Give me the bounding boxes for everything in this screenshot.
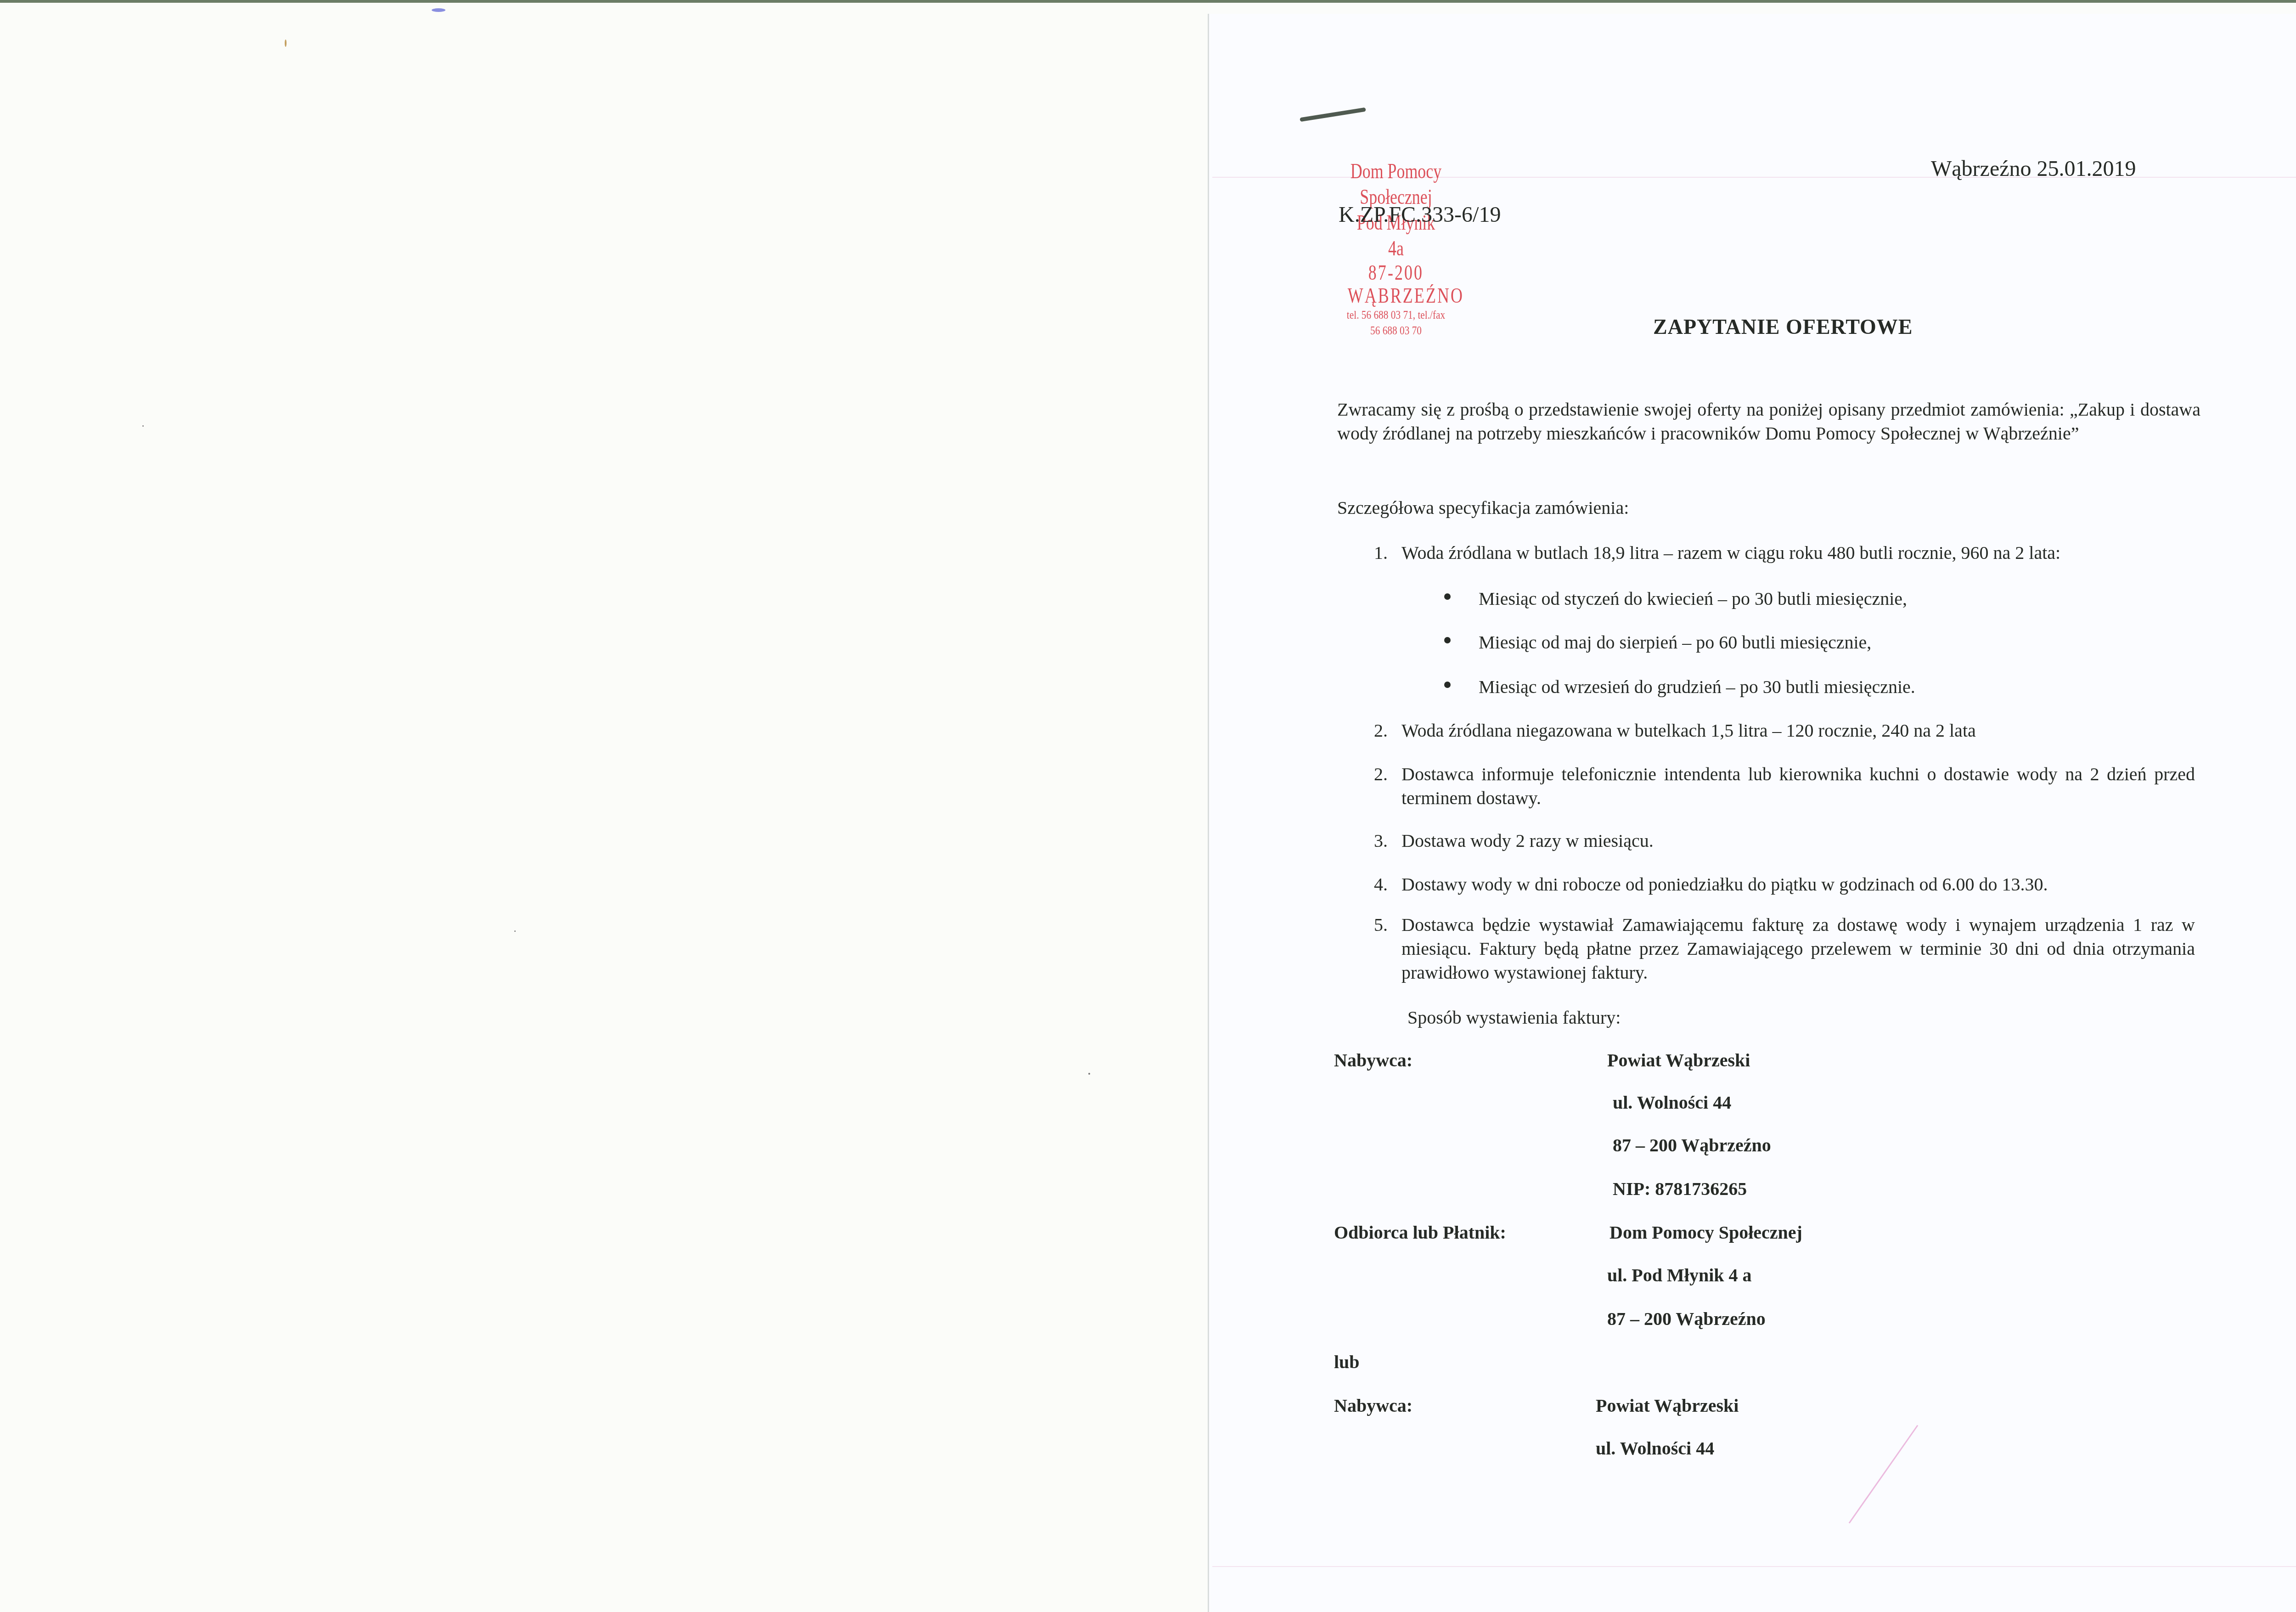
bullet-icon [1444, 637, 1451, 643]
ink-speck [285, 39, 287, 47]
item-number: 5. [1374, 913, 1388, 937]
intro-paragraph: Zwracamy się z prośbą o przedstawienie s… [1337, 398, 2200, 445]
buyer-city: 87 – 200 Wąbrzeźno [1613, 1134, 1771, 1156]
item-text: Dostawy wody w dni robocze od poniedział… [1401, 873, 2195, 896]
item-number: 2. [1374, 762, 1388, 786]
ink-speck [514, 930, 516, 932]
item-text: Dostawca informuje telefonicznie intende… [1401, 762, 2195, 810]
bullet-icon [1444, 682, 1451, 688]
bullet-icon [1444, 593, 1451, 600]
item-text: Woda źródlana w butlach 18,9 litra – raz… [1401, 541, 2195, 565]
recipient-name: Dom Pomocy Społecznej [1609, 1222, 1802, 1243]
buyer2-street: ul. Wolności 44 [1596, 1437, 1714, 1459]
reference-number: K.ZP.FC.333-6/19 [1339, 202, 1501, 227]
stamp-line-phone: tel. 56 688 03 71, tel./fax 56 688 03 70 [1345, 307, 1446, 338]
recipient-street: ul. Pod Młynik 4 a [1607, 1264, 1752, 1286]
item-number: 1. [1374, 541, 1388, 565]
ink-speck [1088, 1073, 1090, 1075]
ink-speck [432, 8, 445, 12]
buyer2-name: Powiat Wąbrzeski [1596, 1395, 1739, 1416]
recipient-label: Odbiorca lub Płatnik: [1334, 1222, 1506, 1243]
spec-heading: Szczegółowa specyfikacja zamówienia: [1337, 497, 1629, 519]
stamp-line-city: 87-200 WĄBRZEŹNO [1348, 261, 1445, 307]
item-number: 4. [1374, 873, 1388, 896]
recipient-city: 87 – 200 Wąbrzeźno [1607, 1308, 1766, 1330]
buyer-name: Powiat Wąbrzeski [1607, 1049, 1750, 1071]
item-text: Woda źródlana niegazowana w butelkach 1,… [1401, 719, 2195, 743]
item-number: 2. [1374, 719, 1388, 743]
item-text: Dostawca będzie wystawiał Zamawiającemu … [1401, 913, 2195, 985]
blank-left-page [0, 3, 1208, 1612]
buyer-label: Nabywca: [1334, 1049, 1412, 1071]
place-and-date: Wąbrzeźno 25.01.2019 [1931, 156, 2136, 181]
buyer2-label: Nabywca: [1334, 1395, 1412, 1416]
buyer-nip: NIP: 8781736265 [1613, 1178, 1747, 1200]
bullet-text: Miesiąc od wrzesień do grudzień – po 30 … [1479, 676, 1915, 698]
ink-speck [142, 425, 144, 427]
document-title: ZAPYTANIE OFERTOWE [1653, 315, 1913, 339]
item-number: 3. [1374, 829, 1388, 853]
institution-stamp: Dom Pomocy Społecznej Pod Młynik 4a 87-2… [1334, 158, 1458, 338]
item-text: Dostawa wody 2 razy w miesiącu. [1401, 829, 2195, 853]
invoice-heading: Sposób wystawienia faktury: [1407, 1006, 1621, 1030]
or-label: lub [1334, 1351, 1360, 1373]
bullet-text: Miesiąc od styczeń do kwiecień – po 30 b… [1479, 588, 1907, 609]
bullet-text: Miesiąc od maj do sierpień – po 60 butli… [1479, 631, 1871, 653]
scan-line [1212, 1566, 2296, 1567]
buyer-street: ul. Wolności 44 [1613, 1092, 1731, 1113]
